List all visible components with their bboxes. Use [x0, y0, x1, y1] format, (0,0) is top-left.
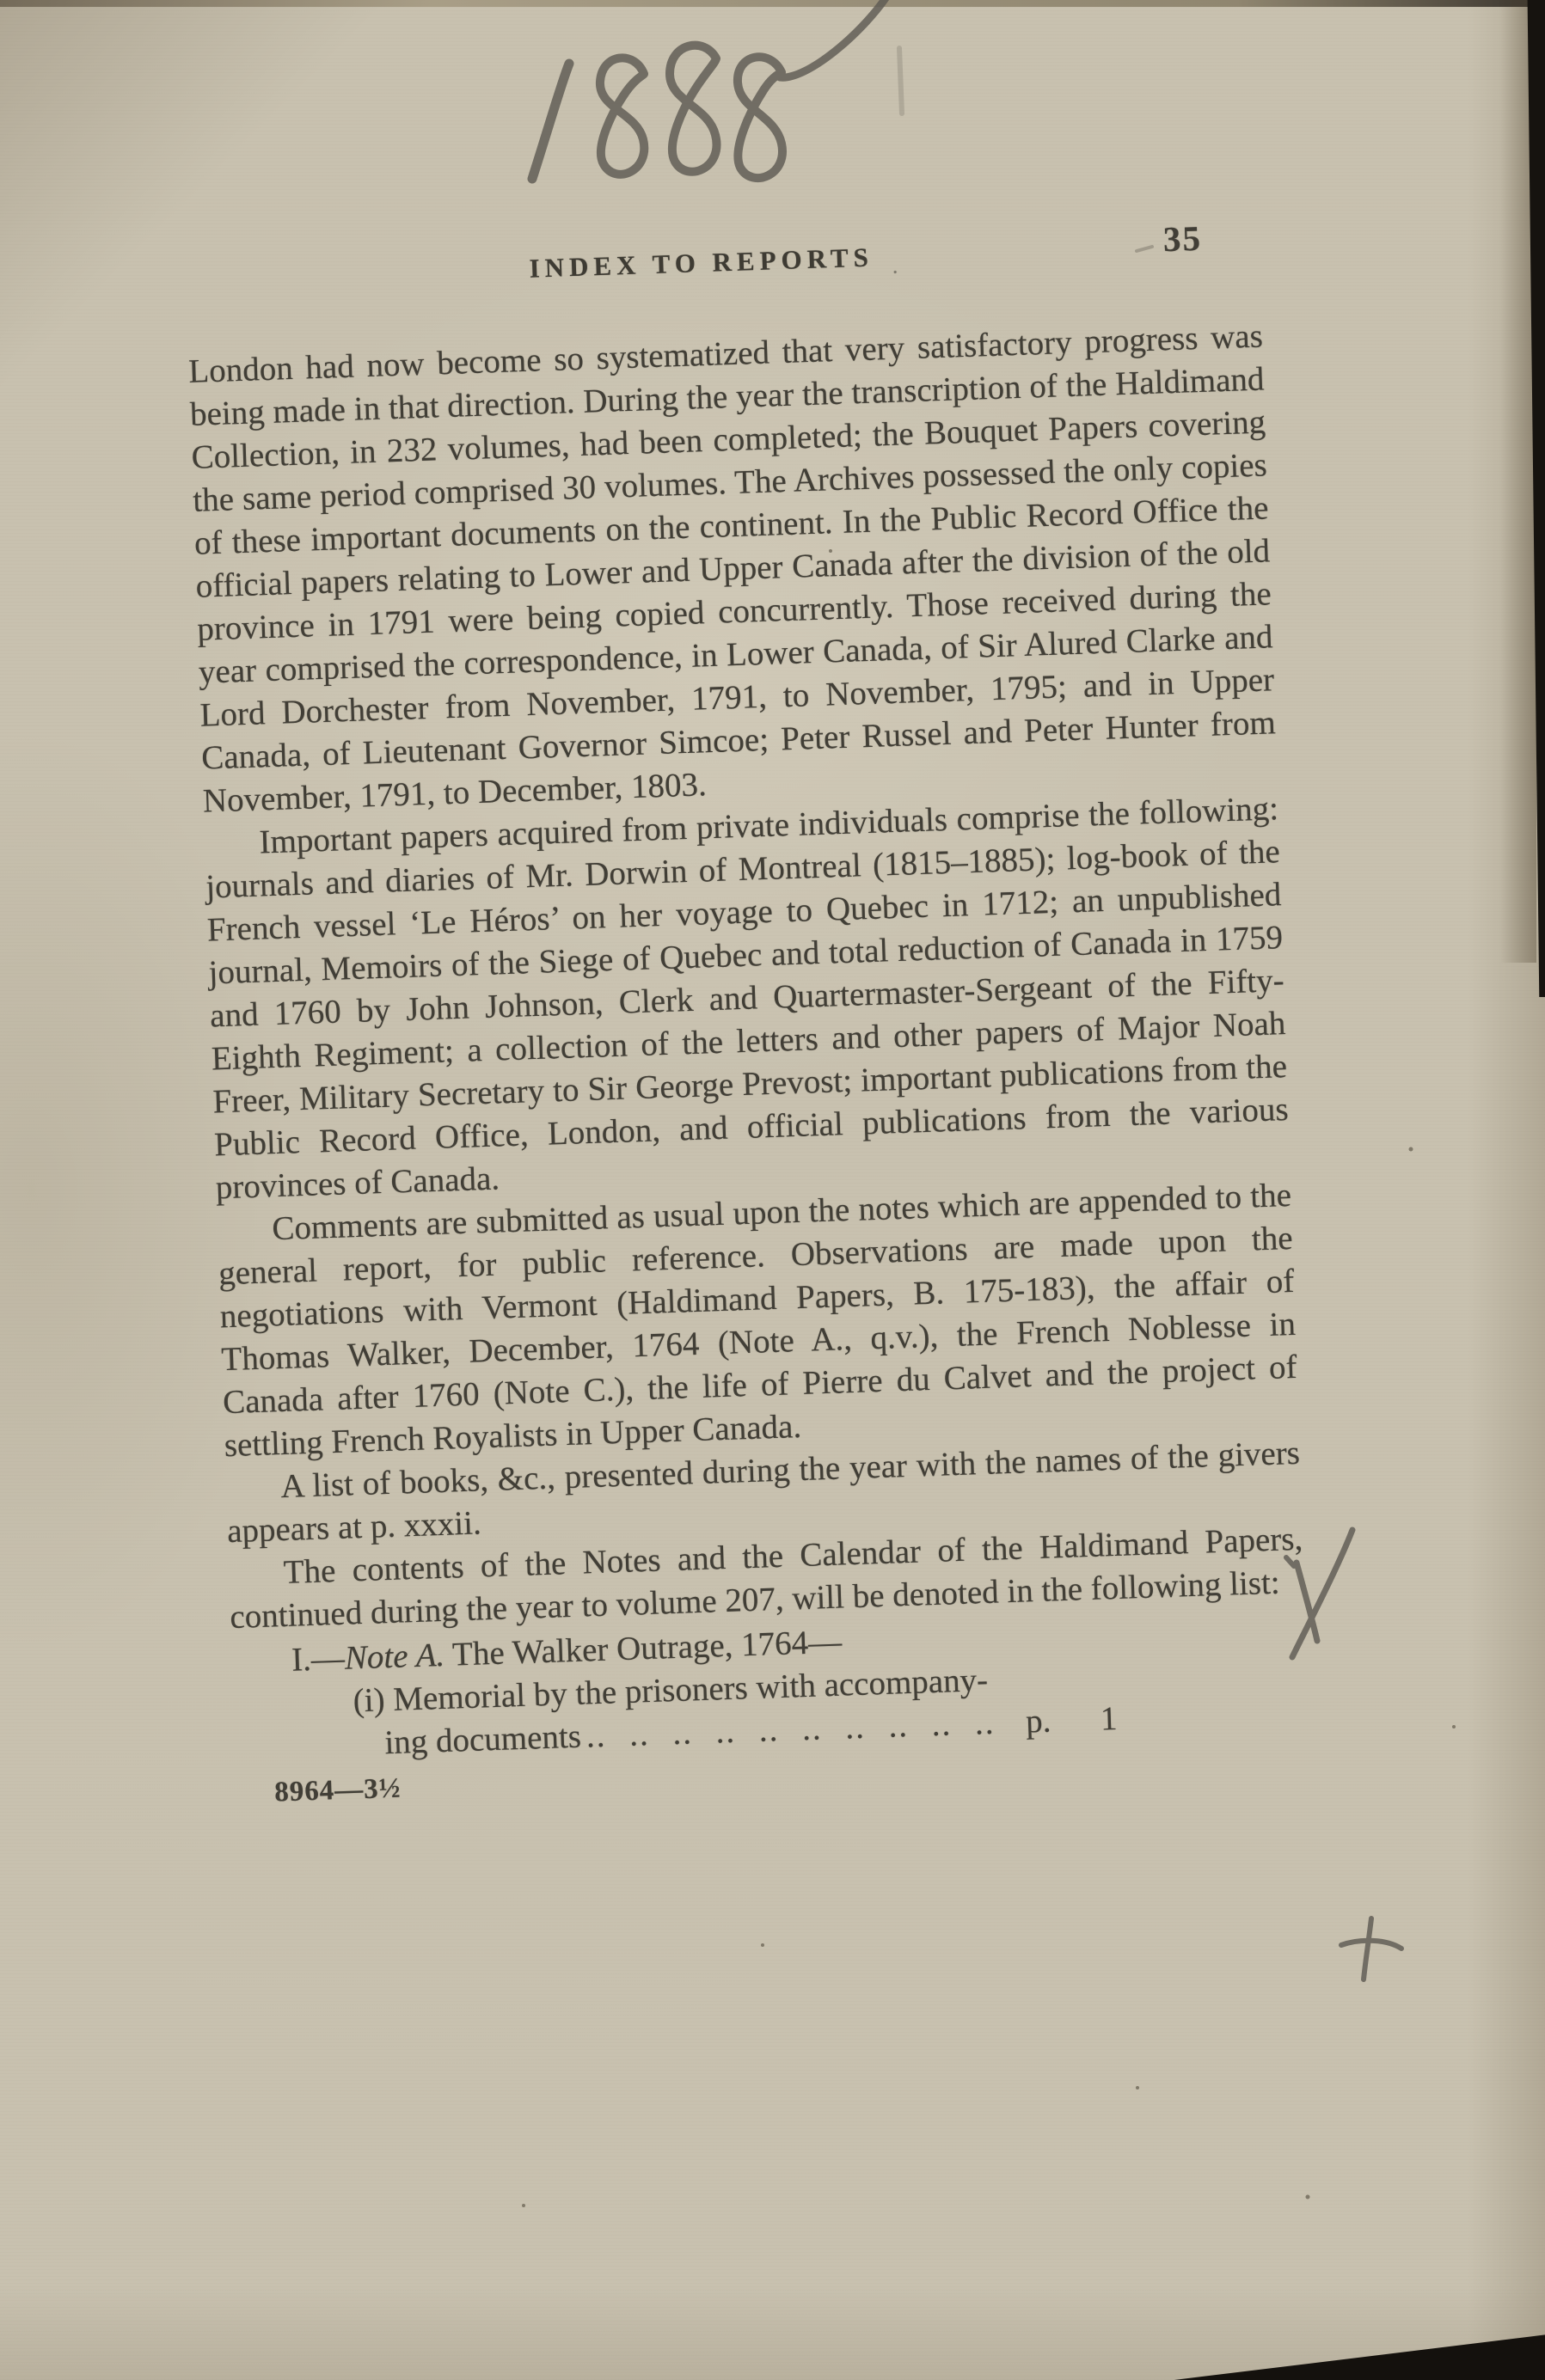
- page-number: 35: [1162, 217, 1203, 260]
- pencil-smudge: [899, 48, 902, 113]
- page-title: INDEX TO REPORTS: [529, 242, 874, 284]
- list-entry-continuation: ing documents: [384, 1718, 582, 1762]
- paragraph-2: Important papers acquired from private i…: [204, 787, 1291, 1209]
- paragraph-3: Comments are submitted as usual upon the…: [217, 1174, 1299, 1467]
- pencil-plus-mark: [1341, 1918, 1401, 1979]
- note-label: Note A.: [344, 1637, 445, 1677]
- body-text: London had now become so systematized th…: [188, 315, 1305, 1639]
- running-head: INDEX TO REPORTS . 35: [185, 223, 1260, 308]
- handwritten-year-1888: [532, 0, 889, 179]
- page-ref-value: 1: [1100, 1698, 1118, 1741]
- page-ref-label: p.: [1025, 1700, 1051, 1744]
- paper-specks: [0, 0, 2, 2]
- paragraph-1: London had now become so systematized th…: [188, 315, 1278, 823]
- stray-ink-dot: .: [892, 254, 898, 279]
- scanned-book-page: INDEX TO REPORTS . 35 London had now bec…: [0, 0, 1545, 2380]
- scan-edge-top: [0, 0, 1545, 7]
- section-numeral: I.—: [291, 1640, 345, 1679]
- printed-content: INDEX TO REPORTS . 35 London had now bec…: [185, 223, 1310, 1810]
